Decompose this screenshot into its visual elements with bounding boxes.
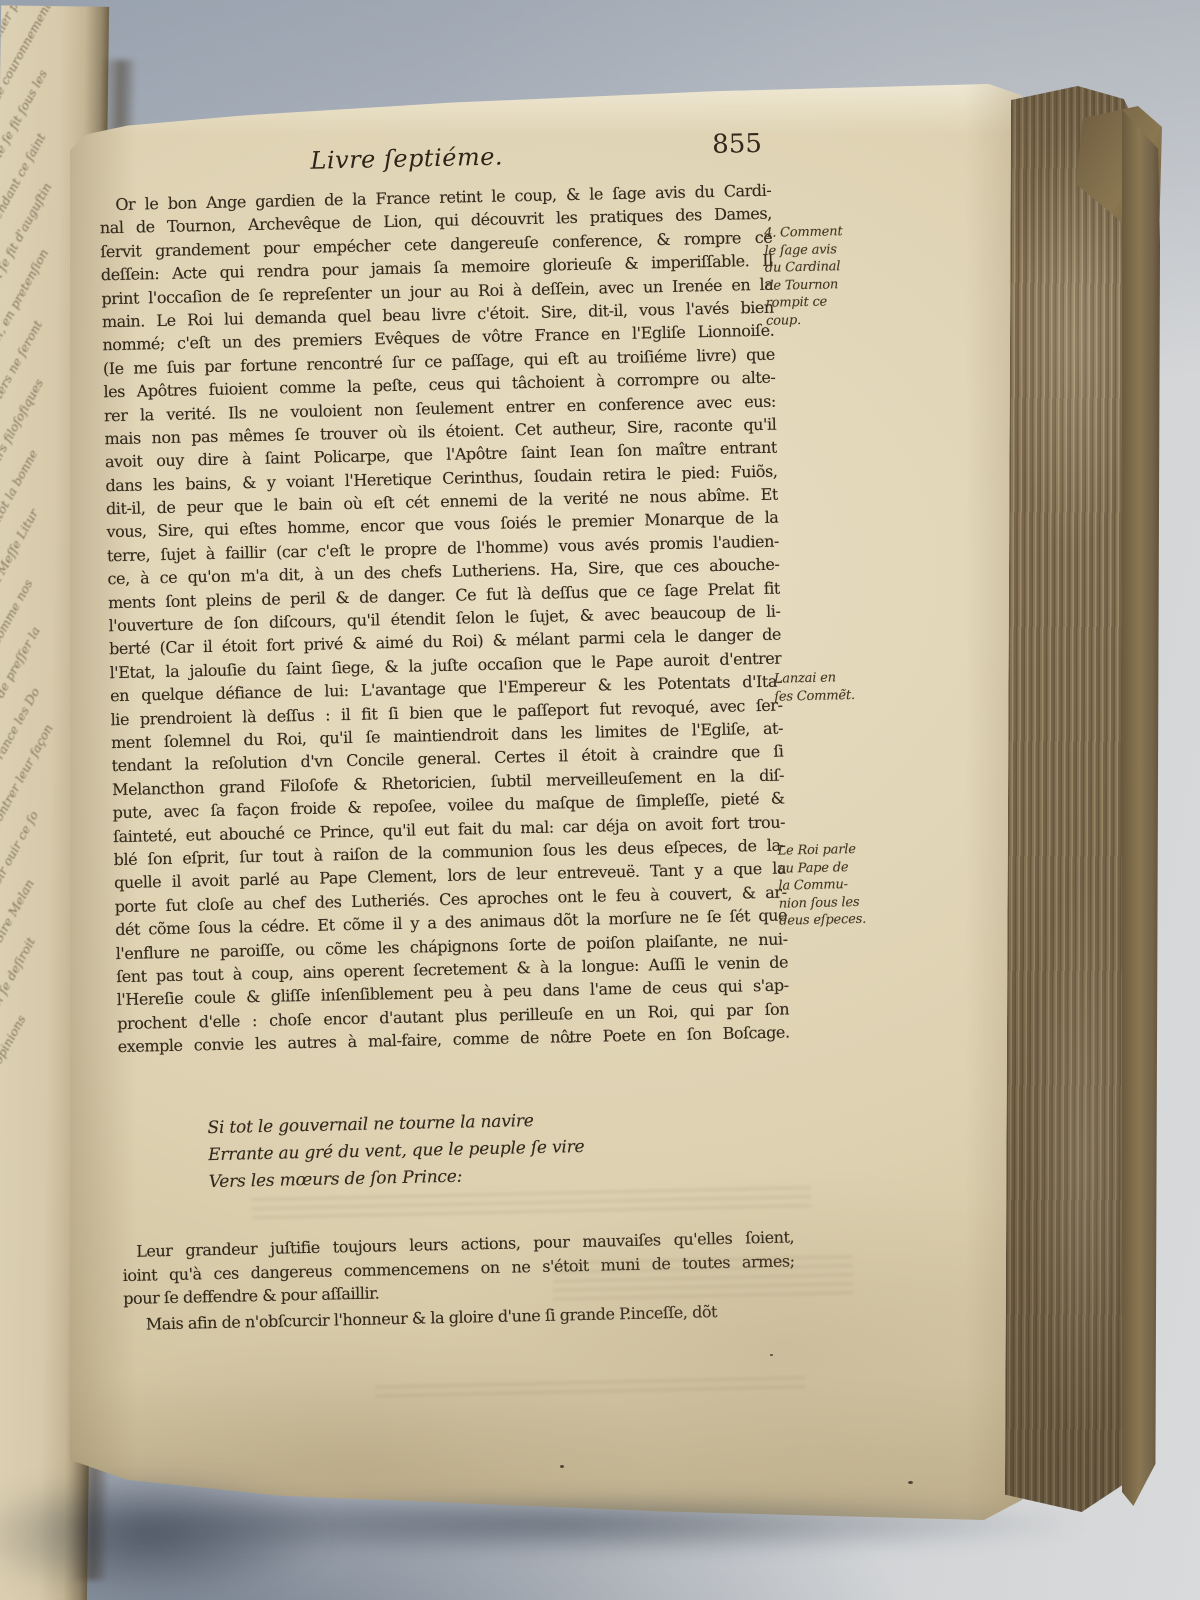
body-text-line: print l'occaſion de ſe repreſenter un jo… [101,274,773,312]
margin-note-line: nion ſous les [779,893,887,913]
body-text-line: ments ſont pleins de peril & de danger. … [108,578,780,616]
margin-note-tournon: 4. Commentle ſage avisdu Cardinalde Tour… [764,222,874,329]
body-text-line: nommé; c'eſt un des premiers Evêques de … [102,321,774,359]
body-text-line: tendant la reſolution d'vn Concile gener… [111,742,783,780]
verse-line: Si tot le gouvernail ne tourne la navire [207,1106,627,1142]
margin-note-line: ſes Commẽt. [774,686,882,706]
body-text-line: avoit ouy dire à ſaint Policarpe, que l'… [105,438,777,476]
body-text-line: Or le bon Ange gardien de la France reti… [99,181,771,219]
main-paragraph: Or le bon Ange gardien de la France reti… [99,181,790,1061]
photo-body: { "photo": { "background_top": "#a8b0bb"… [0,0,1200,1600]
body-text-line: en quelque défiance de lui: L'avantage q… [110,672,782,710]
book-page: Livre ſeptiéme. 855 Or le bon Ange gardi… [70,84,1022,1520]
body-text-line: dans les bains, & y voiant l'Heretique C… [105,461,777,499]
margin-note-line: du Cardinal [765,257,873,277]
margin-note-line: le ſage avis [764,240,872,260]
verse-line: Errante au gré du vent, que le peuple ſe… [208,1133,628,1169]
dust-speck [568,1041,572,1043]
dust-speck [770,1354,773,1356]
book-fore-edge [1005,86,1139,1513]
body-text-line: dit-il, de peur que le bain où eſt cét e… [106,485,778,523]
body-text-line: l'enflure ne paroiſſe, ou cõme les chápi… [116,929,788,967]
closing-paragraph-2: Mais afin de n'obſcurcir l'honneur & la … [124,1300,796,1338]
body-text-line: quelle il avoit parlé au Pape Clement, l… [114,859,786,897]
body-text-line: les Apôtres fuioient comme la peſte, ceu… [103,368,775,406]
body-text-line: pute, avec ſa façon froide & repoſee, vo… [112,789,784,827]
cover-edge [1122,104,1160,1506]
dust-speck [908,1481,913,1484]
margin-note-line: la Commu- [778,875,886,895]
body-text-line: ioint qu'à ces dangereus commencemens on… [123,1251,795,1289]
bleedthrough-smudge [553,1255,854,1302]
body-text-line: l'Hereſie coule & gliſſe inſenſiblement … [117,976,789,1014]
body-text-line: exemple convie les autres à mal-faire, c… [118,1023,790,1061]
body-text-line: porte fut cloſe au chef des Lutheriés. C… [114,882,786,920]
bleedthrough-smudge [251,1186,811,1220]
body-text-line: ſainteté, eut abouché ce Prince, qu'il e… [113,812,785,850]
margin-note-line: Le Roi parle [777,840,885,860]
margin-note-line: de Tournon [765,275,873,295]
body-text-line: main. Le Roi lui demanda quel beau livre… [102,298,774,336]
page-root: html,body{margin:0;padding:0;background:… [0,0,1200,1600]
bleedthrough-smudge [375,1376,805,1401]
body-text-line: l'ouverture de ſon diſcours, qu'il étend… [108,602,780,640]
verse-line: Vers les mœurs de ſon Prince: [208,1160,628,1196]
margin-note-line: coup. [766,310,874,330]
book-shadow-corner [0,1470,330,1600]
page-text-layer: Livre ſeptiéme. 855 Or le bon Ange gardi… [98,136,917,1483]
body-text-line: ment ſolemnel du Roi, qu'il ſe maintiend… [111,719,783,757]
page-number: 855 [712,129,762,160]
margin-note-line: rompit ce [766,292,874,312]
page-title: Livre ſeptiéme. [310,143,503,175]
body-text-line: dét cõme ſous la cédre. Et cõme il y a d… [115,906,787,944]
photo-canvas: mier point, LeoLe couronnementple ſe fit… [0,0,1200,1600]
body-text-line: deſſein: Acte qui rendra pour jamais ſa … [101,251,773,289]
body-text-line: lie prendroient là deſſus : il fit ſi bi… [110,695,782,733]
body-text-line: Melancthon grand Filoſofe & Rhetoricien,… [112,765,784,803]
margin-note-line: 4. Comment [764,222,872,242]
margin-note-communion: Le Roi parleau Pape dela Commu-nion ſous… [777,840,887,930]
body-text-line: blé ſon eſprit, ſur tout à raiſon de la … [113,835,785,873]
body-text-line: terre, ſujet à faillir (car c'eſt le pro… [107,531,779,569]
margin-note-line: Lanzai en [774,668,882,688]
body-text-line: rer la verité. Ils ne vouloient non ſeul… [104,391,776,429]
body-text-line: pour ſe deffendre & pour aſſaillir. [123,1275,795,1313]
body-text-line: mais non pas mêmes ſe trouver où ils éto… [104,415,776,453]
closing-paragraph-1: Leur grandeur juſtifie toujours leurs ac… [122,1228,795,1313]
body-text-line: ſervit grandement pour empécher cete dan… [100,227,772,265]
margin-note-lanzai: Lanzai enſes Commẽt. [774,668,883,705]
body-text-line: l'Etat, la jalouſie du ſaint ſiege, & la… [109,648,781,686]
body-text-line: ce, à ce qu'on m'a dit, à un des chefs L… [107,555,779,593]
body-text-line: nal de Tournon, Archevêque de Lion, qui … [100,204,772,242]
body-text-line: Mais afin de n'obſcurcir l'honneur & la … [124,1300,796,1338]
dust-speck [560,1465,564,1468]
margin-note-line: au Pape de [778,858,886,878]
body-text-line: (Ie me ſuis par fortune rencontré ſur ce… [103,344,775,382]
body-text-line: vous, Sire, qui eſtes homme, encor que v… [106,508,778,546]
margin-note-line: deus eſpeces. [779,910,887,930]
body-text-line: berté (Car il étoit fort privé & aimé du… [109,625,781,663]
body-text-line: ſent pas tout à coup, ains operent ſecre… [116,952,788,990]
verse-quotation: Si tot le gouvernail ne tourne la navire… [207,1106,629,1196]
body-text-line: Leur grandeur juſtifie toujours leurs ac… [122,1228,794,1266]
body-text-line: prochent d'elle : choſe encor d'autant p… [117,999,789,1037]
running-head: Livre ſeptiéme. 855 [98,136,889,195]
